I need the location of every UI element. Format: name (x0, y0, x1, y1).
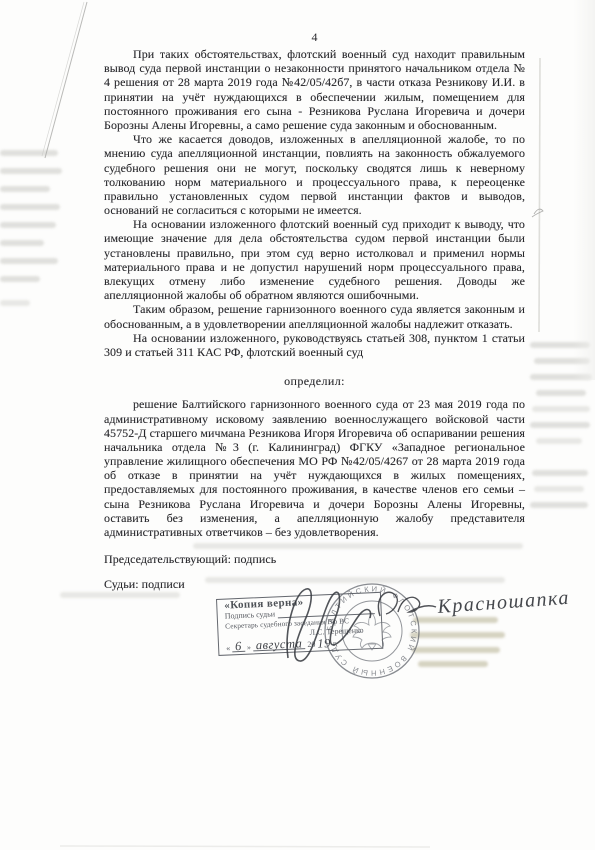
bleed-through-mark (530, 422, 590, 428)
text-line: имеющие значение для дела обстоятельства… (104, 231, 525, 245)
text-line: правильно установленных судом первой инс… (104, 189, 525, 203)
text-line: постоянного проживания его сына - Резник… (104, 104, 525, 118)
quote-close: » (247, 643, 251, 652)
signature-initials-scrawl (378, 592, 436, 616)
text-line: При таких обстоятельствах, флотский воен… (104, 47, 525, 61)
text-line: 4 решения от 28 марта 2019 года №42/05/4… (104, 75, 525, 89)
paragraph: Что же касается доводов, изложенных в ап… (104, 132, 525, 217)
text-line: об отказе в принятии на учёт нуждающихся… (104, 468, 525, 482)
scanned-document-page: 4 При таких обстоятельствах, флотский во… (0, 0, 595, 850)
pencil-mark (532, 209, 543, 217)
text-line: апелляционной жалобы об обратном являютс… (104, 288, 525, 302)
bleed-through-mark (413, 617, 498, 623)
presiding-signature-line: Председательствующий: подпись (104, 552, 525, 566)
text-line: начальника отдела №3 (г. Калининград) ФГ… (104, 440, 525, 454)
printed-year-prefix: 20 (307, 640, 315, 649)
text-line: Борозны Алены Игоревны, а само решение с… (104, 118, 525, 132)
paragraph: При таких обстоятельствах, флотский воен… (104, 47, 525, 132)
text-line: административному исковому заявлению вое… (104, 412, 525, 426)
document-body: При таких обстоятельствах, флотский воен… (104, 47, 525, 592)
text-line: предоставляемых для постоянного проживан… (104, 482, 525, 496)
text-line: сына Резникова Руслана Игоревича и дочер… (104, 497, 525, 511)
text-line: решение Балтийского гарнизонного военног… (104, 397, 525, 411)
bleed-through-mark (412, 647, 500, 653)
paragraph: На основании изложенного флотский военны… (104, 217, 525, 302)
text-line: 45752-Д старшего мичмана Резникова Игоря… (104, 426, 525, 440)
handwritten-year: 19 (317, 638, 331, 649)
bleed-through-mark (0, 240, 44, 246)
handwritten-day: 6 (232, 641, 245, 653)
page-number: 4 (104, 30, 525, 45)
text-line: материального права и не допустил наруше… (104, 260, 525, 274)
paragraph: Таким образом, решение гарнизонного воен… (104, 302, 525, 330)
text-line: оставить без изменения, а апелляционную … (104, 511, 525, 525)
handwritten-month: августа (253, 638, 306, 651)
bleed-through-mark (532, 406, 590, 412)
text-line: Таким образом, решение гарнизонного воен… (104, 302, 525, 316)
text-line: На основании изложенного, руководствуясь… (104, 331, 525, 345)
ruling-heading: определил: (104, 374, 525, 388)
bleed-through-mark (0, 168, 62, 174)
bleed-through-mark (60, 592, 180, 598)
text-line: установлены правильно, при этом суд верн… (104, 246, 525, 260)
bleed-through-mark (534, 486, 584, 492)
scan-edge-line (60, 846, 430, 847)
text-line: обоснованным, а в удовлетворении апелляц… (104, 317, 525, 331)
text-line: влекущих отмену либо изменение судебного… (104, 274, 525, 288)
bleed-through-mark (418, 661, 488, 667)
text-line: оснований не согласиться с которыми не и… (104, 203, 525, 217)
year-suffix: г. (333, 639, 338, 648)
bleed-through-mark (536, 438, 582, 444)
text-line: На основании изложенного флотский военны… (104, 217, 525, 231)
paragraph: На основании изложенного, руководствуясь… (104, 331, 525, 359)
bleed-through-mark (536, 390, 586, 396)
paper-edge-shadow (573, 0, 595, 380)
bleed-through-mark (0, 186, 50, 192)
text-line: управление жилищного обеспечения МО РФ №… (104, 454, 525, 468)
bleed-through-mark (530, 502, 588, 508)
bleed-through-mark (193, 543, 523, 549)
text-line: принятии на учёт нуждающихся в обеспечен… (104, 90, 525, 104)
text-line: судебного решения они не могут, поскольк… (104, 161, 525, 175)
scan-streak-line (539, 58, 540, 332)
text-line: Что же касается доводов, изложенных в ап… (104, 132, 525, 146)
bleed-through-mark (532, 470, 588, 476)
page-fold-line (42, 2, 87, 158)
bleed-through-mark (0, 276, 40, 282)
text-line: административных ответчиков – без удовле… (104, 525, 525, 539)
bleed-through-mark (0, 258, 58, 264)
bleed-through-mark (205, 577, 505, 583)
bleed-through-mark (0, 150, 58, 156)
bleed-through-mark (0, 204, 60, 210)
text-line: вывод суда первой инстанции о незаконнос… (104, 61, 525, 75)
ruling-paragraph: решение Балтийского гарнизонного военног… (104, 397, 525, 539)
text-line: толкованию норм материального и процессу… (104, 175, 525, 189)
bleed-through-mark (410, 632, 505, 638)
bleed-through-mark (0, 300, 30, 306)
text-line: 309 и статьей 311 КАС РФ, флотский военн… (104, 345, 525, 359)
bleed-through-mark (0, 222, 56, 228)
text-line: мнению суда апелляционной инстанции, пов… (104, 146, 525, 160)
quote-open: « (226, 643, 230, 652)
copy-certification-stamp: «Копия верна» Подпись судьи Секретарь су… (216, 592, 383, 656)
